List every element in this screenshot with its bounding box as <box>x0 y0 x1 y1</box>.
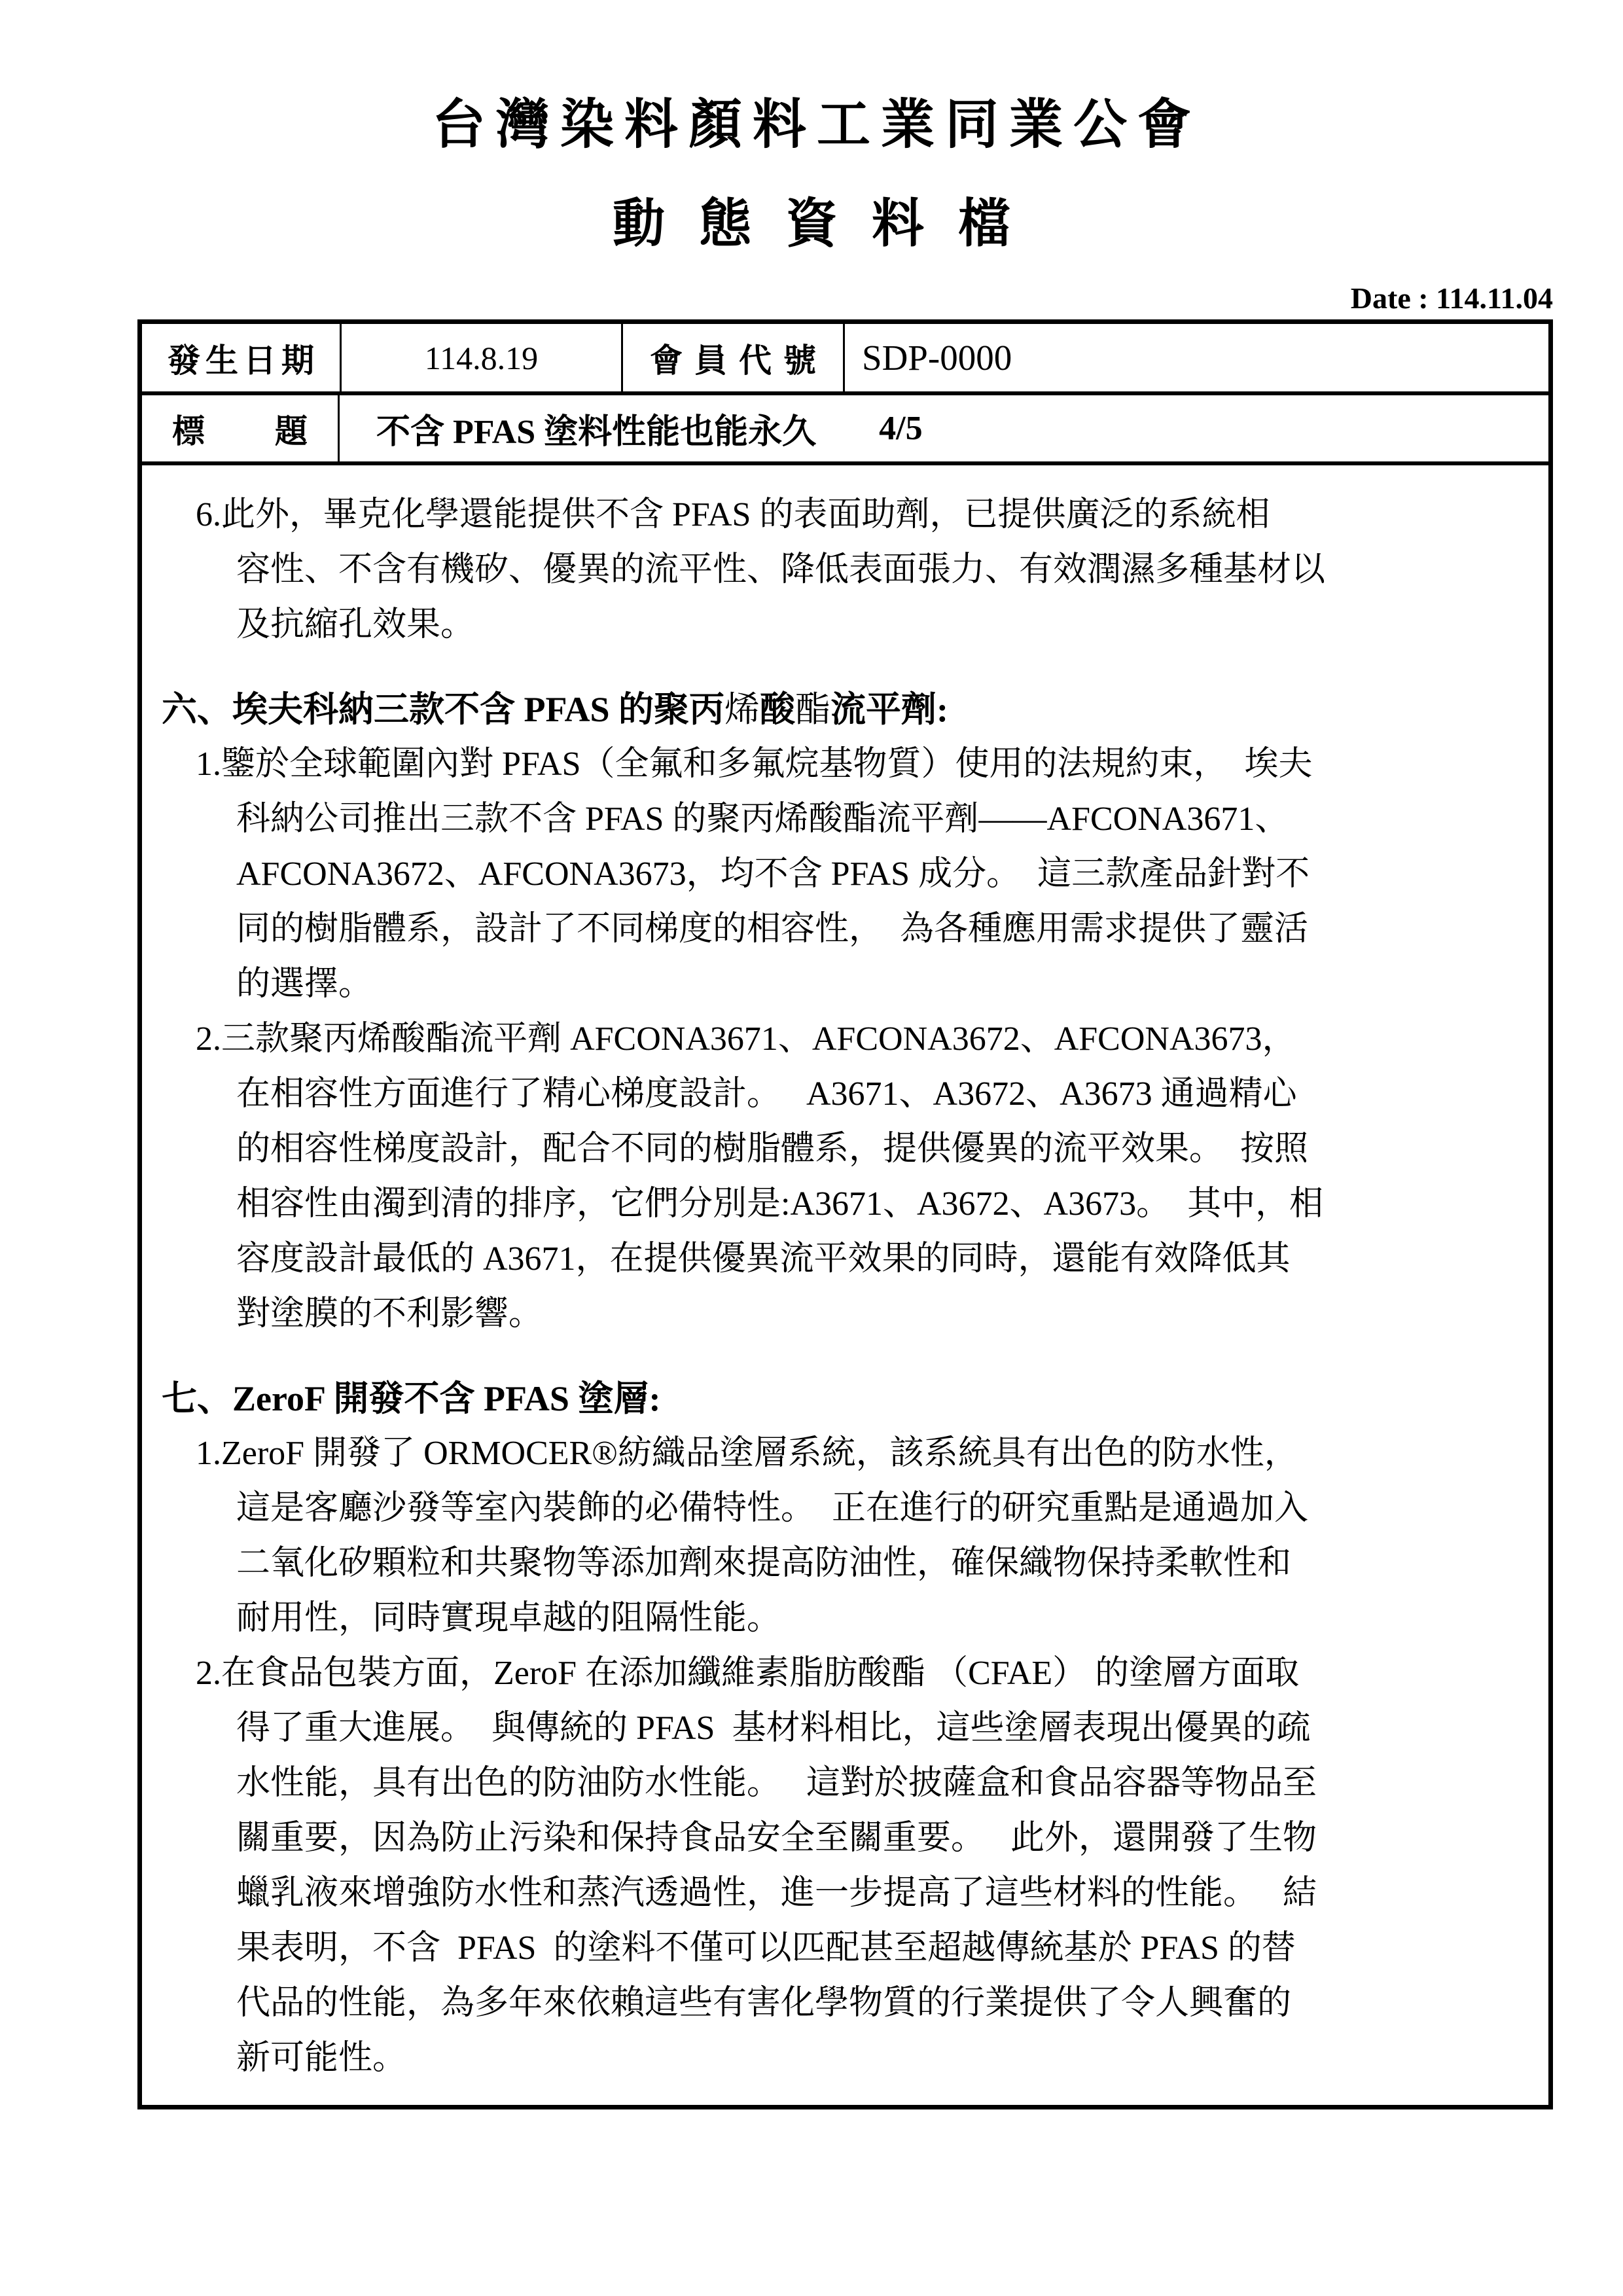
body-gap <box>142 653 1548 682</box>
body-gap <box>142 1342 1548 1371</box>
date-label: Date : 114.11.04 <box>137 281 1553 315</box>
body-line: 新可能性。 <box>142 2031 1548 2086</box>
body-line: 蠟乳液來增強防水性和蒸汽透過性，進一步提高了這些材料的性能。 結 <box>142 1866 1548 1921</box>
association-title: 台灣染料顏料工業同業公會 <box>0 86 1623 164</box>
alt-font-char: 烷 <box>785 745 819 783</box>
subject-label-char1: 標 <box>172 405 205 452</box>
body-line: 6.此外，畢克化學還能提供不含 PFAS 的表面助劑，已提供廣泛的系統相 <box>142 488 1548 543</box>
body-line: 科納公司推出三款不含 PFAS 的聚丙烯酸酯流平劑——AFCONA3671、 <box>142 792 1548 847</box>
alt-font-char: 產 <box>1139 855 1173 893</box>
body-line: 對塗膜的不利影響。 <box>142 1287 1548 1342</box>
alt-font-char: 烯 <box>724 690 760 729</box>
body-line: 同的樹脂體系，設計了不同梯度的相容性， 為各種應用需求提供了靈活 <box>142 902 1548 957</box>
alt-font-char: 污 <box>508 1820 543 1857</box>
body-line: 2.在食品包裝方面，ZeroF 在添加纖維素脂肪酸酯 （CFAE） 的塗層方面取 <box>142 1646 1548 1701</box>
body-line: 關重要，因為防止污染和保持食品安全至關重要。 此外，還開發了生物 <box>142 1811 1548 1866</box>
section-heading: 六、埃夫科納三款不含 PFAS 的聚丙烯酸酯流平劑: <box>142 682 1548 737</box>
body-line: 相容性由濁到清的排序，它們分別是:A3671、A3672、A3673。 其中，相 <box>142 1177 1548 1232</box>
body-line: 得了重大進展。 與傳統的 PFAS 基材料相比，這些塗層表現出優異的疏 <box>142 1701 1548 1756</box>
alt-font-char: 烯 <box>774 800 808 838</box>
page-indicator: 4/5 <box>879 409 922 448</box>
alt-font-char: 酯 <box>891 1655 925 1692</box>
occurrence-date-label: 發生日期 <box>142 324 342 391</box>
body-line: 這是客廳沙發等室內裝飾的必備特性。 正在進行的研究重點是通過加入 <box>142 1481 1548 1536</box>
subject-value: 不含 PFAS 塗料性能也能永久 4/5 <box>340 395 1548 461</box>
body-line: 耐用性，同時實現卓越的阻隔性能。 <box>142 1591 1548 1646</box>
body-line: 果表明，不含 PFAS 的塗料不僅可以匹配甚至超越傳統基於 PFAS 的替 <box>142 1921 1548 1976</box>
subject-label: 標 題 <box>142 395 340 461</box>
table-row-subject: 標 題 不含 PFAS 塗料性能也能永久 4/5 <box>142 395 1548 465</box>
body-line: 2.三款聚丙烯酸酯流平劑 AFCONA3671、AFCONA3672、AFCON… <box>142 1012 1548 1067</box>
alt-font-char: 內 <box>425 745 459 783</box>
body-line: 1.鑒於全球範圍內對 PFAS（全氟和多氟烷基物質）使用的法規約束， 埃夫 <box>142 737 1548 792</box>
alt-font-char: 烯 <box>357 1020 391 1058</box>
body-cell: 6.此外，畢克化學還能提供不含 PFAS 的表面助劑，已提供廣泛的系統相容性、不… <box>142 465 1548 2105</box>
body-line: 的選擇。 <box>142 957 1548 1012</box>
alt-font-char: 矽 <box>474 551 508 588</box>
body-line: 在相容性方面進行了精心梯度設計。 A3671、A3672、A3673 通過精心 <box>142 1067 1548 1122</box>
document-page: { "header": { "title_line1": "台灣染料顏料工業同業… <box>0 0 1623 2296</box>
body-line: 的相容性梯度設計，配合不同的樹脂體系，提供優異的流平效果。 按照 <box>142 1122 1548 1177</box>
body-line: 1.ZeroF 開發了 ORMOCER®紡織品塗層系統，該系統具有出色的防水性， <box>142 1426 1548 1481</box>
member-code-value: SDP-0000 <box>845 324 1548 391</box>
alt-font-char: 矽 <box>338 1545 372 1582</box>
section-heading: 七、ZeroF 開發不含 PFAS 塗層: <box>142 1371 1548 1426</box>
body-line: 及抗縮孔效果。 <box>142 598 1548 653</box>
body-line: 容性、不含有機矽、優異的流平性、降低表面張力、有效潤濕多種基材以 <box>142 543 1548 598</box>
subject-label-char2: 題 <box>275 405 308 452</box>
member-code-label: 會員代號 <box>623 324 845 391</box>
body-line: AFCONA3672、AFCONA3673，均不含 PFAS 成分。 這三款產品… <box>142 847 1548 902</box>
body-line: 二氧化矽顆粒和共聚物等添加劑來提高防油性，確保織物保持柔軟性和 <box>142 1536 1548 1591</box>
alt-font-char: 酯 <box>795 690 830 729</box>
table-row-meta: 發生日期 114.8.19 會員代號 SDP-0000 <box>142 324 1548 395</box>
body-line: 水性能，具有出色的防油防水性能。 這對於披薩盒和食品容器等物品至 <box>142 1756 1548 1811</box>
alt-font-char: 酯 <box>843 800 877 838</box>
alt-font-char: 內 <box>508 1490 543 1527</box>
subject-title: 不含 PFAS 塗料性能也能永久 <box>376 404 816 453</box>
body-line: 容度設計最低的 A3671，在提供優異流平效果的同時，還能有效降低其 <box>142 1232 1548 1287</box>
document-subtitle: 動態資料檔 <box>0 188 1623 259</box>
occurrence-date-value: 114.8.19 <box>342 324 623 391</box>
body-line: 代品的性能，為多年來依賴這些有害化學物質的行業提供了令人興奮的 <box>142 1976 1548 2031</box>
info-table: 發生日期 114.8.19 會員代號 SDP-0000 標 題 不含 PFAS … <box>137 319 1553 2109</box>
alt-font-char: 酯 <box>425 1020 459 1058</box>
